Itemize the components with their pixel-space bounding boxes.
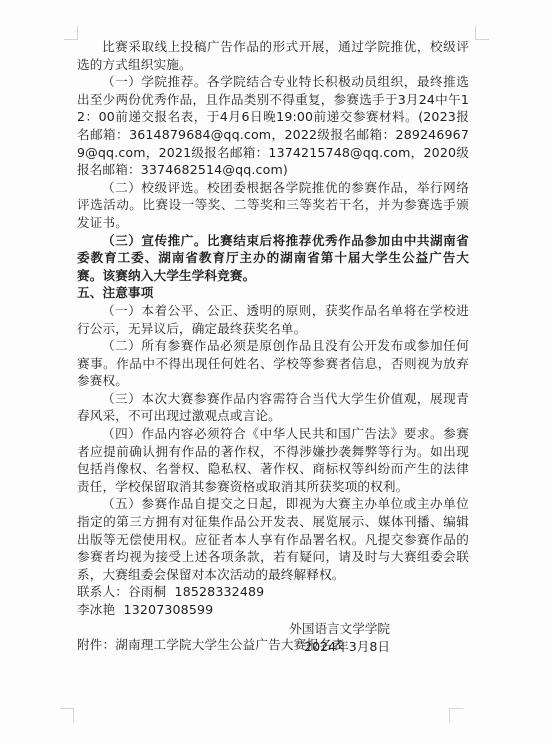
attachment-label: 附件：: [77, 637, 115, 652]
section-heading-notes: 五、注意事项: [77, 284, 469, 302]
contact-phone: 13207308599: [124, 602, 214, 617]
signature-date: 2024年3月8日: [260, 638, 390, 656]
page-corner-mark-top-right: [475, 26, 489, 40]
paragraph-promotion: （三）宣传推广。比赛结束后将推荐优秀作品参加由中共湖南省委教育工委、湖南省教育厅…: [77, 232, 469, 285]
contact-name: 李冰艳: [77, 602, 115, 617]
contact-name: 谷雨桐: [128, 584, 166, 599]
document-body: 比赛采取线上投稿广告作品的形式开展，通过学院推优，校级评选的方式组织实施。 （一…: [77, 38, 469, 654]
paragraph-intro: 比赛采取线上投稿广告作品的形式开展，通过学院推优，校级评选的方式组织实施。: [77, 38, 469, 73]
note-item-1: （一）本着公平、公正、透明的原则，获奖作品名单将在学校进行公示，无异议后，确定最…: [77, 302, 469, 337]
contact-phone: 18528332489: [175, 584, 265, 599]
note-item-5: （五）参赛作品自提交之日起，即视为大赛主办单位或主办单位指定的第三方拥有对征集作…: [77, 495, 469, 583]
page-corner-mark-bottom-right: [449, 708, 463, 722]
signature-block: 外国语言文学学院 2024年3月8日: [260, 620, 390, 655]
paragraph-school-selection: （二）校级评选。校团委根据各学院推优的参赛作品，举行网络评选活动。比赛设一等奖、…: [77, 179, 469, 232]
document-page: 比赛采取线上投稿广告作品的形式开展，通过学院推优，校级评选的方式组织实施。 （一…: [0, 0, 553, 743]
page-corner-mark-bottom-left: [60, 708, 74, 722]
contact-line-1: 联系人：谷雨桐 18528332489: [77, 583, 469, 601]
note-item-2: （二）所有参赛作品必须是原创作品且没有公开发布或参加任何赛事。作品中不得出现任何…: [77, 337, 469, 390]
signature-organization: 外国语言文学学院: [260, 620, 390, 638]
contact-line-2: 李冰艳 13207308599: [77, 601, 469, 619]
note-item-3: （三）本次大赛参赛作品内容需符合当代大学生价值观，展现青春风采，不可出现过激观点…: [77, 390, 469, 425]
paragraph-college-recommendation: （一）学院推荐。各学院结合专业特长积极动员组织，最终推选出至少两份优秀作品，且作…: [77, 73, 469, 179]
contact-label: 联系人：: [77, 584, 128, 599]
note-item-4: （四）作品内容必须符合《中华人民共和国广告法》要求。参赛者应提前确认拥有作品的著…: [77, 425, 469, 495]
page-corner-mark-top-left: [64, 26, 78, 40]
